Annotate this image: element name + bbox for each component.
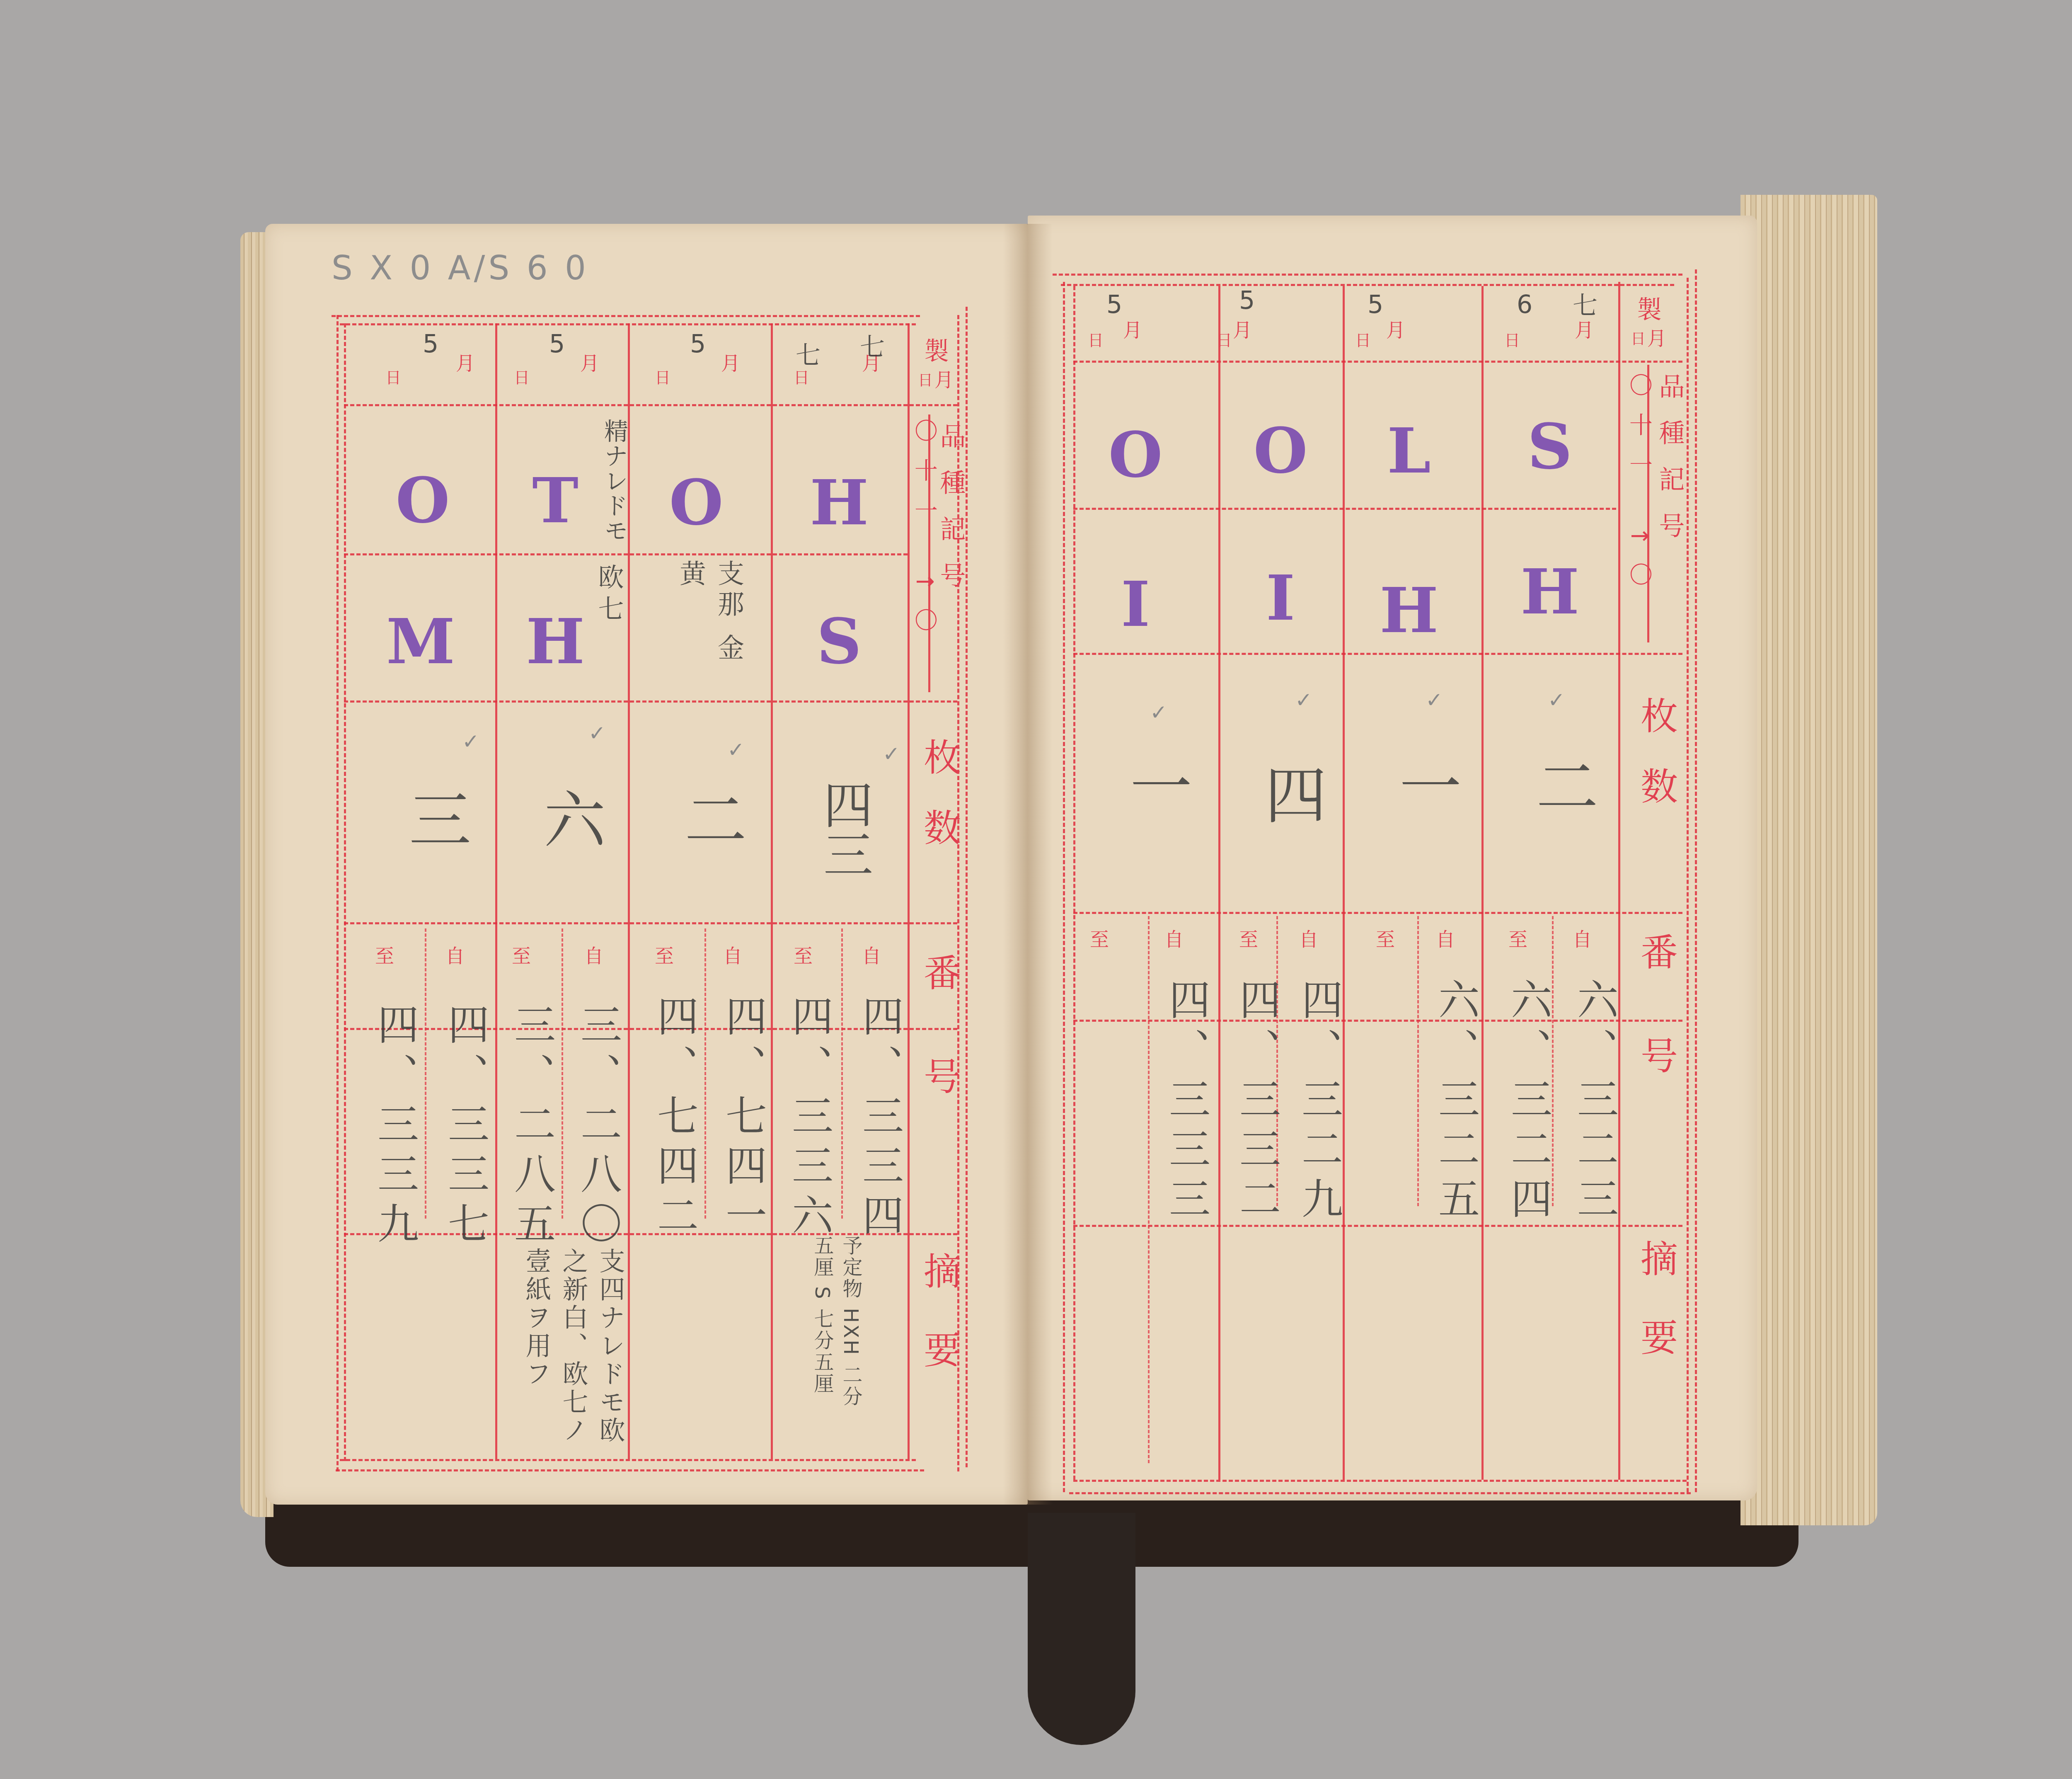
mark-bottom: H [1368,574,1450,647]
corner-pencil-note: S X 0 A/S 6 0 [332,249,589,287]
check-mark: ✓ [1548,688,1565,712]
check-mark: ✓ [1150,700,1167,725]
mark-top: O [381,464,464,537]
right-header-remarks: 摘要 [1629,1239,1682,1397]
mark-bottom: H [514,605,597,678]
check-mark: ✓ [1295,688,1312,712]
mark-top: O [1094,419,1177,492]
mark-annotation-bottom: 支那 金黄 [671,560,748,692]
right-page-edge-stack [1740,195,1877,1525]
serial-to-label: 至 [512,941,531,968]
month-value: 5 [690,330,706,359]
serial-from-value: 六、三二三 [1564,978,1624,1227]
serial-to-value: 四、三三六 [779,995,839,1243]
mark-top: S [1508,410,1591,483]
right-header-date-month: 月 [1647,323,1666,351]
month-label: 月 [1386,315,1405,342]
month-value: 5 [423,330,438,359]
month-label: 月 [580,348,599,376]
serial-to-value: 三、二八五 [501,1003,561,1252]
mark-bottom: H [1508,555,1591,628]
right-header-serial: 番号 [1629,933,1682,1140]
mark-annotation-bottom: 欧七 [591,564,627,627]
month-value: 5 [1106,290,1122,319]
day-value: 6 [1517,290,1532,319]
serial-from-value: 四、三三三 [1156,978,1216,1227]
month-value: 5 [549,330,565,359]
serial-to-label: 至 [1090,924,1109,952]
serial-from-label: 自 [1436,924,1455,952]
day-label: 日 [655,365,670,388]
month-label: 月 [456,348,475,376]
check-mark: ✓ [1426,688,1443,712]
left-header-serial: 番号 [912,953,966,1161]
day-label: 日 [385,365,401,388]
mark-top: L [1368,414,1450,487]
right-header-mark-range-bottom: ↑〇 [1622,526,1656,602]
serial-from-label: 自 [1164,924,1184,952]
bookmark-shadow [1028,1513,1135,1745]
count-value: 二 [665,788,755,850]
serial-from-label: 自 [584,941,603,968]
serial-from-value: 四、三二九 [1289,978,1348,1227]
right-header-date-top: 製 [1637,290,1662,326]
right-header-date-day: 日 [1631,327,1646,349]
month-value: 七 [860,327,885,363]
serial-to-label: 至 [655,941,674,968]
left-header-date-top: 製 [924,332,949,367]
day-label: 日 [1088,327,1104,350]
book-gutter [1003,224,1053,1505]
serial-from-label: 自 [862,941,881,968]
serial-from-value: 四、三三七 [435,1003,495,1252]
serial-to-label: 至 [375,941,394,968]
right-header-count: 枚数 [1629,696,1682,837]
serial-from-value: 三、二八〇 [568,1003,627,1252]
mark-bottom: I [1094,568,1177,641]
count-value: 一 [1111,754,1200,817]
mark-top: H [798,466,881,539]
count-value: 二 [1517,754,1606,817]
serial-from-label: 自 [1573,924,1592,952]
serial-from-value: 六、三二五 [1426,978,1485,1227]
check-mark: ✓ [588,721,606,745]
month-value: 七 [1573,286,1598,322]
left-header-mark-range-top: 〇十一 [908,419,941,538]
remarks-value: 予定物 HXH 二分五厘 S 七分五厘 [808,1235,865,1418]
day-label: 日 [1216,327,1232,350]
serial-to-label: 至 [1239,924,1258,952]
count-value: 三 [390,788,479,850]
check-mark: ✓ [883,742,900,766]
count-value: 一 [1380,754,1469,817]
day-value: 七 [796,336,821,371]
count-value: 四三 [808,779,879,879]
check-mark: ✓ [462,730,479,754]
day-label: 日 [1504,327,1520,350]
remarks-value: 支四ナレドモ欧之新白、欧七ノ壹紙ヲ用フ [518,1248,629,1447]
right-header-mark-range-top: 〇十一 [1622,373,1656,492]
month-label: 月 [1233,315,1252,342]
mark-annotation-top: 精ナレドモ [597,419,632,543]
left-header-remarks: 摘要 [912,1252,966,1409]
left-header-mark-range-bottom: ↑〇 [908,572,941,648]
serial-from-label: 自 [1299,924,1318,952]
serial-to-label: 至 [1376,924,1395,952]
left-header-date-day: 日 [918,369,933,390]
mark-top: O [1239,414,1322,487]
serial-to-value: 六、三二四 [1498,978,1558,1227]
left-header-count: 枚数 [912,738,966,879]
serial-to-value: 四、三三二 [1227,978,1286,1227]
month-label: 月 [1123,315,1142,342]
day-label: 日 [1355,327,1371,350]
count-value: 六 [524,788,614,850]
serial-from-label: 自 [723,941,742,968]
day-label: 日 [514,365,530,388]
serial-from-value: 四、七四一 [713,995,772,1243]
mark-bottom: M [379,605,462,678]
month-value: 5 [1368,290,1383,319]
right-header-mark-label: 品種記号 [1651,373,1688,559]
mark-bottom: I [1239,562,1322,635]
check-mark: ✓ [727,738,745,762]
serial-to-label: 至 [1508,924,1527,952]
serial-from-value: 四、三三四 [850,995,909,1243]
serial-to-label: 至 [794,941,813,968]
month-label: 月 [721,348,740,376]
mark-top: O [655,466,738,539]
count-value: 四 [1245,763,1335,825]
mark-top: T [514,464,597,537]
serial-to-value: 四、七四二 [644,995,704,1243]
mark-bottom: S [798,605,881,678]
month-value: 5 [1239,286,1255,315]
serial-from-label: 自 [445,941,465,968]
left-header-date-month: 月 [934,365,954,392]
serial-to-value: 四、三三九 [365,1003,424,1252]
